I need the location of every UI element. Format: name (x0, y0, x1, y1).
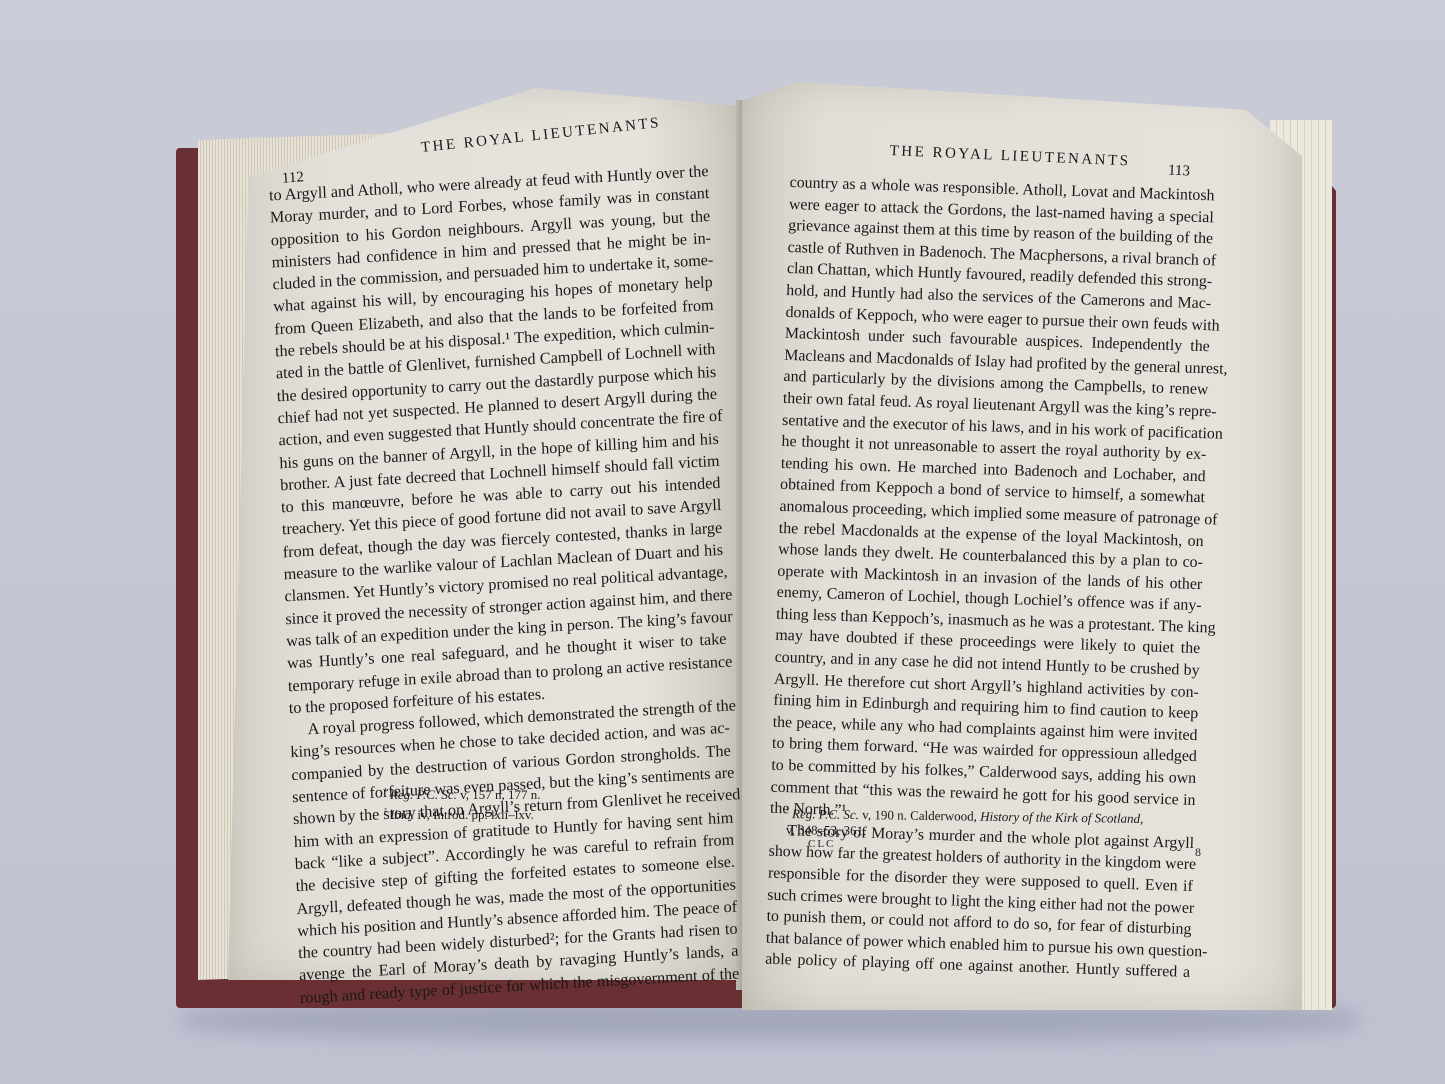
right-footnotes: ¹ Reg. P.C. Sc. v, 190 n. Calderwood, Hi… (786, 802, 1216, 844)
left-body-text: to Argyll and Atholl, who were already a… (269, 160, 740, 1009)
footnote-2: ² Ibid. iv, Introd. pp. lxii–lxv. (384, 803, 541, 823)
left-footnotes: ¹ Reg. P.C. Sc. v, 157 n, 177 n. ² Ibid.… (384, 783, 541, 823)
signature-mark: CLC (808, 838, 835, 850)
right-body-text: country as a whole was responsible. Atho… (765, 172, 1215, 984)
signature-number: 8 (1195, 845, 1201, 860)
right-page-number: 113 (1168, 162, 1191, 180)
footnote-1: ¹ Reg. P.C. Sc. v, 157 n, 177 n. (384, 783, 541, 803)
